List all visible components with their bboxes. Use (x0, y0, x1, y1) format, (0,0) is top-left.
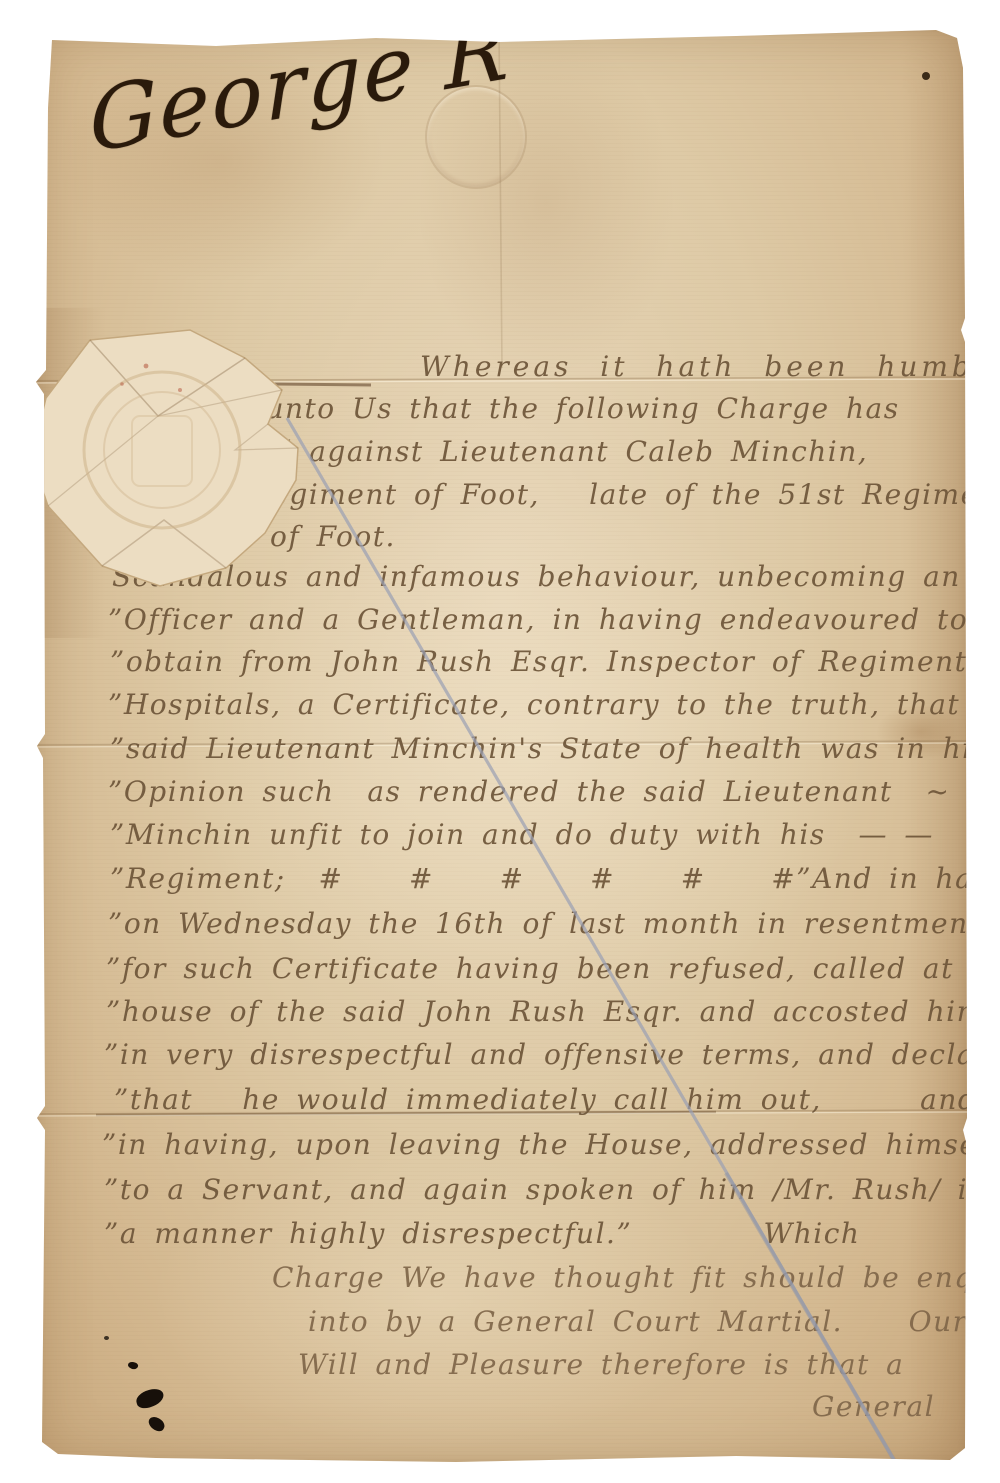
scan-background: George R Whereas it hath been humbly rep… (0, 0, 1000, 1483)
embossed-seal (30, 328, 302, 590)
document-page: George R Whereas it hath been humbly rep… (36, 28, 968, 1464)
manuscript-line: ”said Lieutenant Minchin's State of heal… (110, 732, 988, 765)
manuscript-line: Will and Pleasure therefore is that a (298, 1348, 904, 1381)
manuscript-line: into by a General Court Martial. Our (308, 1305, 968, 1338)
manuscript-line: ”for such Certificate having been refuse… (106, 952, 1000, 985)
manuscript-line: ”Regiment; # # # # # #”And in having (110, 862, 1000, 895)
manuscript-line: ”that he would immediately call him out,… (114, 1083, 977, 1116)
ink-blot (134, 1387, 165, 1411)
manuscript-line: ”Officer and a Gentleman, in having ende… (108, 603, 968, 636)
manuscript-line: Whereas it hath been humbly (420, 350, 1000, 383)
ink-blot (127, 1361, 139, 1371)
manuscript-line: ”on Wednesday the 16th of last month in … (108, 907, 981, 940)
manuscript-line: ”house of the said John Rush Esqr. and a… (106, 995, 985, 1028)
manuscript-line: ”obtain from John Rush Esqr. Inspector o… (110, 645, 996, 678)
manuscript-line: General (812, 1390, 935, 1423)
manuscript-line: ”Hospitals, a Certificate, contrary to t… (108, 688, 1000, 721)
manuscript-line: Charge We have thought fit should be enq… (272, 1261, 1000, 1294)
ink-blot (146, 1415, 167, 1434)
ink-speck (922, 72, 930, 80)
ink-speck (104, 1336, 109, 1340)
manuscript-line: ”Minchin unfit to join and do duty with … (110, 818, 934, 851)
manuscript-line: ”in having, upon leaving the House, addr… (102, 1128, 1000, 1161)
manuscript-line: ”a manner highly disrespectful.” Which (104, 1217, 860, 1250)
manuscript-line: ”to a Servant, and again spoken of him /… (104, 1173, 988, 1206)
manuscript-line: ”in very disrespectful and offensive ter… (104, 1038, 1000, 1071)
manuscript-line: ”Opinion such as rendered the said Lieut… (108, 775, 950, 808)
